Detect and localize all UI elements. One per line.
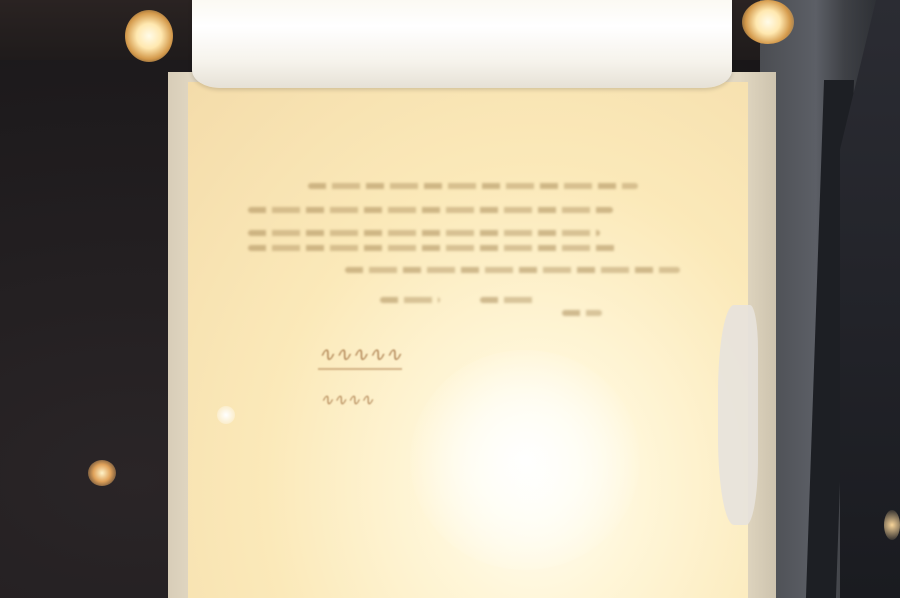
light-reflection	[217, 406, 235, 424]
typed-line	[248, 207, 613, 213]
typed-line	[248, 245, 616, 251]
typed-line	[248, 230, 600, 236]
flash-glare	[410, 350, 640, 570]
scroll-roll	[192, 0, 732, 88]
signature: ∿∿∿∿∿	[318, 342, 402, 370]
signatory-label	[562, 310, 602, 316]
typed-line	[308, 183, 638, 189]
signature: ∿∿∿∿	[320, 390, 374, 409]
light-reflection	[88, 460, 116, 486]
spotlight-icon	[125, 10, 173, 62]
photo-scene: ∿∿∿∿∿ ∿∿∿∿	[0, 0, 900, 598]
signatory-label	[380, 297, 440, 303]
spotlight-icon	[742, 0, 794, 44]
paper-damage	[718, 305, 758, 525]
typed-line-date	[345, 267, 680, 273]
signatory-label	[480, 297, 538, 303]
light-reflection	[884, 510, 900, 540]
